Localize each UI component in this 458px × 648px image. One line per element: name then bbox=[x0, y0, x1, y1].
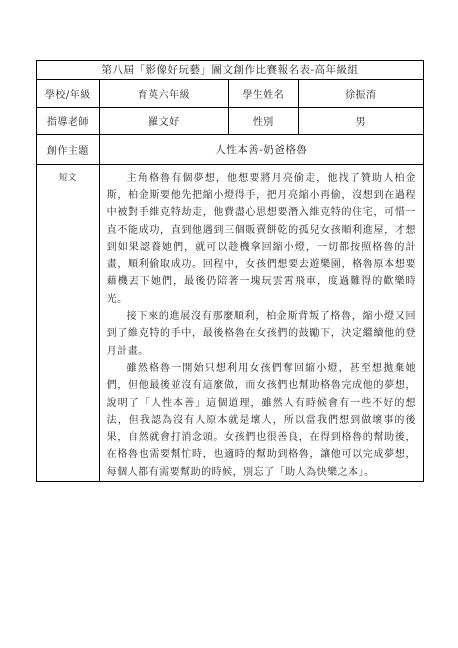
gender-value: 男 bbox=[299, 108, 423, 133]
creation-theme-row: 創作主題 人性本善-奶爸格魯 bbox=[37, 135, 423, 165]
creation-theme-label: 創作主題 bbox=[37, 135, 100, 164]
essay-paragraph-1: 主角格魯有個夢想，他想要將月亮偷走，他找了贊助人柏金斯，柏金斯要他先把縮小燈得手… bbox=[107, 170, 416, 308]
school-grade-value: 育英六年級 bbox=[100, 80, 229, 107]
school-grade-label: 學校/年級 bbox=[37, 80, 100, 107]
creation-theme-value: 人性本善-奶爸格魯 bbox=[100, 135, 423, 164]
form-title-row: 第八屆「影像好玩藝」圖文創作比賽報名表-高年級組 bbox=[37, 61, 423, 80]
student-name-label: 學生姓名 bbox=[229, 80, 299, 107]
essay-paragraph-2: 接下來的進展沒有那麼順利，柏金斯背叛了格魯，縮小燈又回到了維克特的手中，最後格魯… bbox=[107, 308, 416, 360]
advisor-teacher-label: 指導老師 bbox=[37, 108, 100, 133]
school-student-row: 學校/年級 育英六年級 學生姓名 徐振淯 bbox=[37, 80, 423, 108]
teacher-gender-row: 指導老師 羅文好 性別 男 bbox=[37, 108, 423, 134]
essay-label: 短文 bbox=[37, 165, 100, 481]
essay-row: 短文 主角格魯有個夢想，他想要將月亮偷走，他找了贊助人柏金斯，柏金斯要他先把縮小… bbox=[37, 165, 423, 481]
gender-label: 性別 bbox=[229, 108, 299, 133]
essay-paragraph-3: 雖然格魯一開始只想利用女孩們奪回縮小燈，甚至想拋棄她們，但他最後並沒有這麼做，而… bbox=[107, 360, 416, 481]
contest-registration-form: 第八屆「影像好玩藝」圖文創作比賽報名表-高年級組 學校/年級 育英六年級 學生姓… bbox=[36, 60, 424, 482]
advisor-teacher-value: 羅文好 bbox=[100, 108, 229, 133]
student-name-value: 徐振淯 bbox=[299, 80, 423, 107]
form-title: 第八屆「影像好玩藝」圖文創作比賽報名表-高年級組 bbox=[37, 61, 423, 79]
essay-content: 主角格魯有個夢想，他想要將月亮偷走，他找了贊助人柏金斯，柏金斯要他先把縮小燈得手… bbox=[100, 165, 423, 481]
